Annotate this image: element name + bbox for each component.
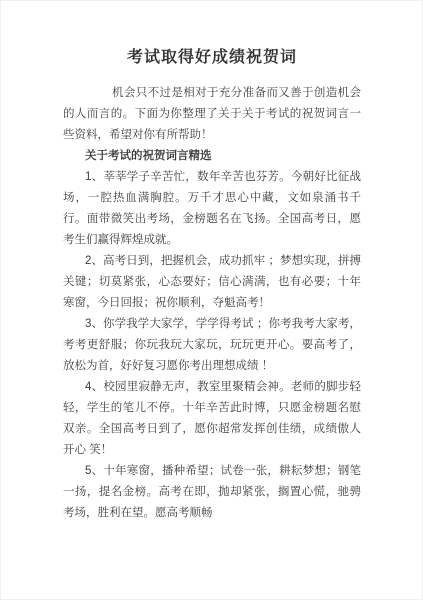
list-item-2: 2、高考日到，把握机会，成功抓牢 ；梦想实现，拼搏关键；切莫紧张，心态要好；信心…	[63, 251, 361, 314]
list-item-5: 5、十年寒窗，播种希望；试卷一张，耕耘梦想；钢笔一扬，提名金榜。高考在即，抛却紧…	[63, 461, 361, 524]
document-title: 考试取得好成绩祝贺词	[63, 47, 361, 69]
document-page: 考试取得好成绩祝贺词 机会只不过是相对于充分准备而又善于创造机会的人而言的。下面…	[0, 0, 423, 600]
list-item-4: 4、校园里寂静无声，教室里聚精会神。老师的脚步轻轻，学生的笔儿不停。十年辛苦此时…	[63, 377, 361, 461]
section-subtitle: 关于考试的祝贺词言精选	[63, 146, 361, 167]
intro-paragraph: 机会只不过是相对于充分准备而又善于创造机会的人而言的。下面为你整理了关于关于考试…	[63, 83, 361, 146]
list-item-3: 3、你学我学大家学，学学得考试 ；你考我考大家考，考考更舒服；你玩我玩大家玩，玩…	[63, 314, 361, 377]
list-item-1: 1、莘莘学子辛苦忙，数年辛苦也芬芳。今朝好比征战场，一腔热血满胸腔。万千才思心中…	[63, 167, 361, 251]
